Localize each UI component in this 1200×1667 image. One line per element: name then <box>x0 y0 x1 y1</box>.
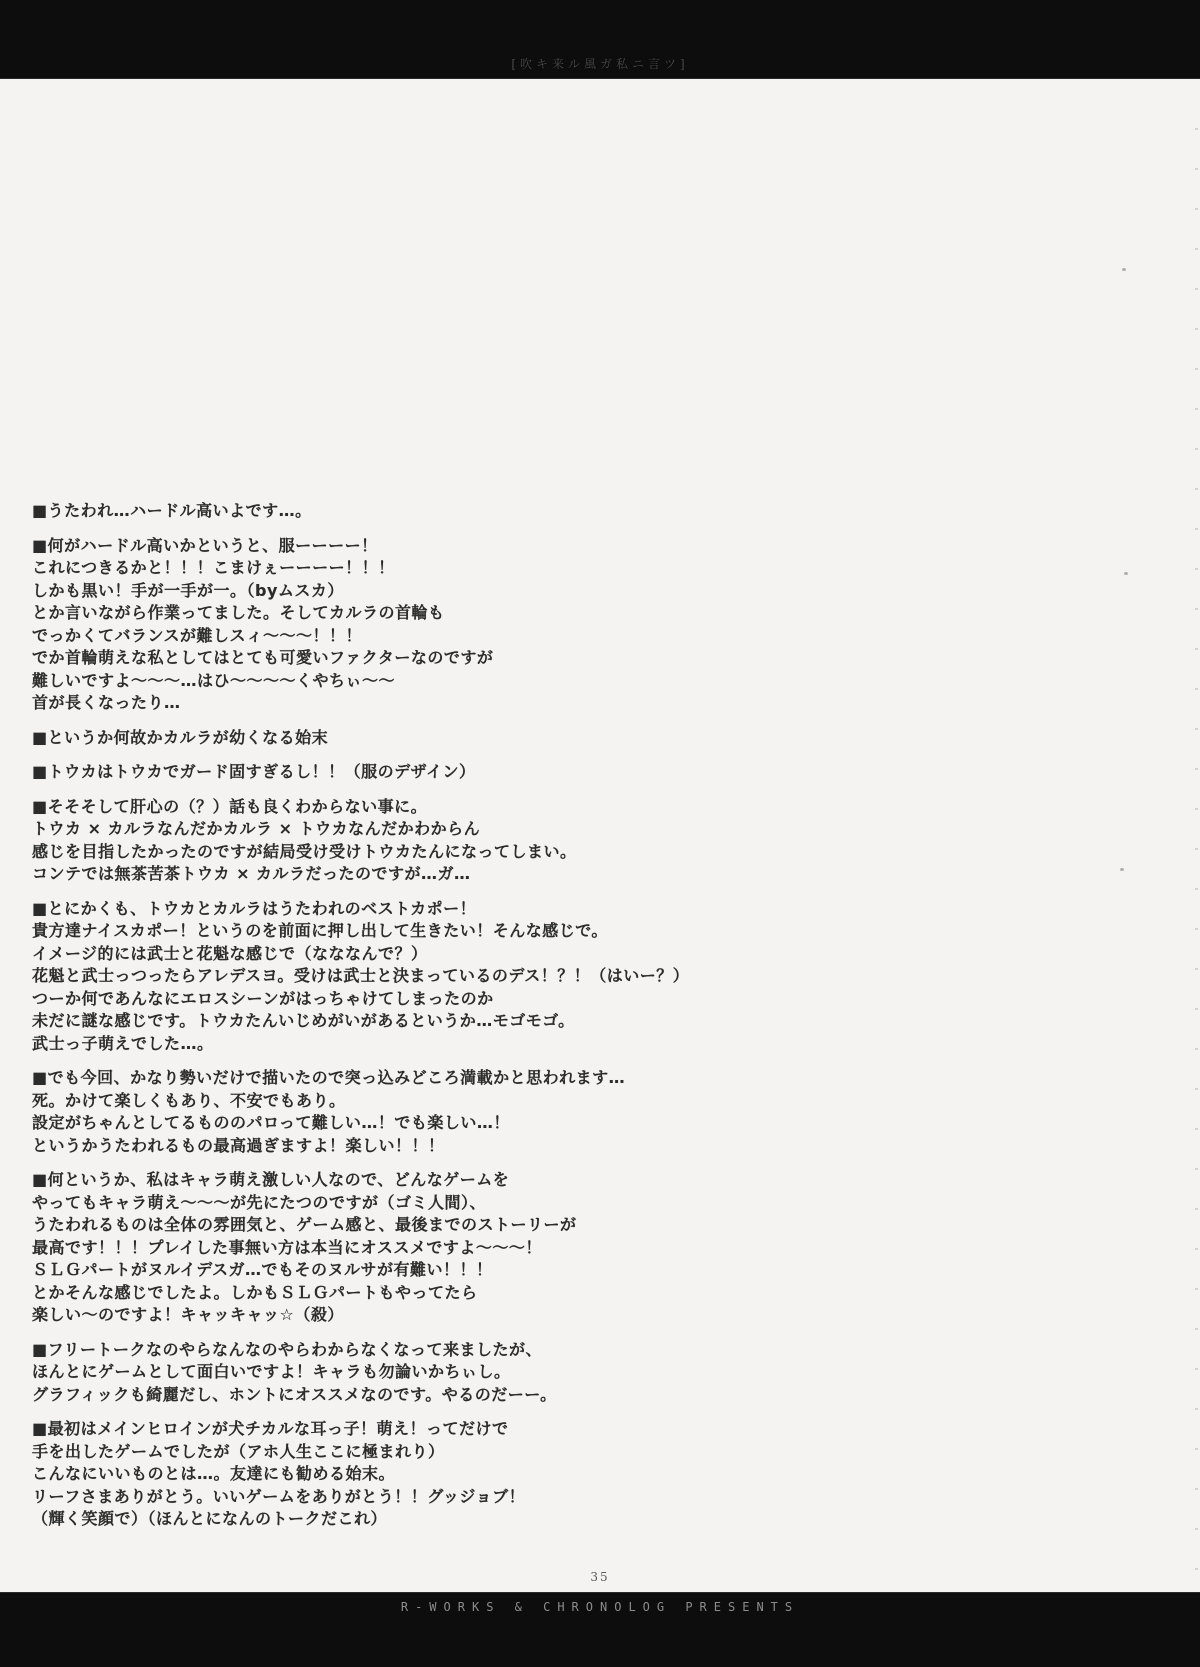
paragraph: ■フリートークなのやらなんなのやらわからなくなって来ましたが、ほんとにゲームとし… <box>32 1339 1092 1407</box>
text-line: リーフさまありがとう。いいゲームをありがとう！！グッジョブ！ <box>32 1486 1092 1509</box>
text-line: 未だに謎な感じです。トウカたんいじめがいがあるというか…モゴモゴ。 <box>32 1010 1092 1033</box>
text-line: こんなにいいものとは…。友達にも勧める始末。 <box>32 1463 1092 1486</box>
text-line: しかも黒い！手が一手が一。（byムスカ） <box>32 580 1092 603</box>
page-number: 35 <box>0 1570 1200 1584</box>
text-line: とか言いながら作業ってました。そしてカルラの首輪も <box>32 602 1092 625</box>
text-line: ■最初はメインヒロインが犬チカルな耳っ子！萌え！ってだけで <box>32 1418 1092 1441</box>
text-line: ■何がハードル高いかというと、服ーーーー！ <box>32 535 1092 558</box>
text-line: ■トウカはトウカでガード固すぎるし！！（服のデザイン） <box>32 761 1092 784</box>
scan-speck <box>1124 572 1128 575</box>
text-line: 設定がちゃんとしてるもののパロって難しい…！でも楽しい…！ <box>32 1112 1092 1135</box>
text-line: やってもキャラ萌え～～～が先にたつのですが（ゴミ人間）、 <box>32 1192 1092 1215</box>
text-line: ■そそそして肝心の（？）話も良くわからない事に。 <box>32 796 1092 819</box>
text-line: つーか何であんなにエロスシーンがはっちゃけてしまったのか <box>32 988 1092 1011</box>
paragraph: ■何がハードル高いかというと、服ーーーー！これにつきるかと！！！こまけぇーーーー… <box>32 535 1092 715</box>
text-line: 首が長くなったり… <box>32 692 1092 715</box>
text-line: （輝く笑顔で）（ほんとになんのトークだこれ） <box>32 1508 1092 1531</box>
text-line: でか首輪萌えな私としてはとても可愛いファクターなのですが <box>32 647 1092 670</box>
text-line: イメージ的には武士と花魁な感じで（なななんで？） <box>32 943 1092 966</box>
free-talk-text: ■うたわれ…ハードル高いよです…。■何がハードル高いかというと、服ーーーー！これ… <box>32 500 1092 1543</box>
text-line: ■でも今回、かなり勢いだけで描いたので突っ込みどころ満載かと思われます… <box>32 1067 1092 1090</box>
text-line: 難しいですよ～～～…はひ～～～～くやちぃ～～ <box>32 670 1092 693</box>
text-line: 貴方達ナイスカポー！というのを前面に押し出して生きたい！そんな感じで。 <box>32 920 1092 943</box>
paragraph: ■最初はメインヒロインが犬チカルな耳っ子！萌え！ってだけで手を出したゲームでした… <box>32 1418 1092 1531</box>
text-line: 感じを目指したかったのですが結局受け受けトウカたんになってしまい。 <box>32 841 1092 864</box>
text-line: ■とにかくも、トウカとカルラはうたわれのベストカポー！ <box>32 898 1092 921</box>
top-banner: [吹キ来ル風ガ私ニ言ツ] <box>0 0 1200 78</box>
scan-speck <box>1120 868 1124 871</box>
paragraph: ■というか何故かカルラが幼くなる始末 <box>32 727 1092 750</box>
scanned-doujin-page: [吹キ来ル風ガ私ニ言ツ] ■うたわれ…ハードル高いよです…。■何がハードル高いか… <box>0 0 1200 1667</box>
text-line: うたわれるものは全体の雰囲気と、ゲーム感と、最後までのストーリーが <box>32 1214 1092 1237</box>
text-line: 武士っ子萌えでした…。 <box>32 1033 1092 1056</box>
text-line: ■というか何故かカルラが幼くなる始末 <box>32 727 1092 750</box>
bottom-banner: R-WORKS & CHRONOLOG PRESENTS <box>0 1593 1200 1667</box>
text-line: 花魁と武士っつったらアレデスヨ。受けは武士と決まっているのデス！？！（はいー？） <box>32 965 1092 988</box>
text-line: とかそんな感じでしたよ。しかもＳＬＧパートもやってたら <box>32 1282 1092 1305</box>
text-line: ■フリートークなのやらなんなのやらわからなくなって来ましたが、 <box>32 1339 1092 1362</box>
paragraph: ■何というか、私はキャラ萌え激しい人なので、どんなゲームをやってもキャラ萌え～～… <box>32 1169 1092 1327</box>
publisher-credit: R-WORKS & CHRONOLOG PRESENTS <box>0 1600 1200 1614</box>
text-line: コンテでは無茶苦茶トウカ × カルラだったのですが…ガ… <box>32 863 1092 886</box>
text-line: というかうたわれるもの最高過ぎますよ！楽しい！！！ <box>32 1135 1092 1158</box>
text-line: トウカ × カルラなんだかカルラ × トウカなんだかわからん <box>32 818 1092 841</box>
paragraph: ■とにかくも、トウカとカルラはうたわれのベストカポー！貴方達ナイスカポー！という… <box>32 898 1092 1056</box>
text-line: 最高です！！！プレイした事無い方は本当にオススメですよ～～～！ <box>32 1237 1092 1260</box>
text-line: 手を出したゲームでしたが（アホ人生ここに極まれり） <box>32 1441 1092 1464</box>
banner-title: [吹キ来ル風ガ私ニ言ツ] <box>0 55 1200 72</box>
text-line: ＳＬＧパートがヌルイデスガ…でもそのヌルサが有難い！！！ <box>32 1259 1092 1282</box>
text-line: ■うたわれ…ハードル高いよです…。 <box>32 500 1092 523</box>
paragraph: ■トウカはトウカでガード固すぎるし！！（服のデザイン） <box>32 761 1092 784</box>
scan-speck <box>380 1285 383 1288</box>
text-line: ■何というか、私はキャラ萌え激しい人なので、どんなゲームを <box>32 1169 1092 1192</box>
text-line: これにつきるかと！！！こまけぇーーーー！！！ <box>32 557 1092 580</box>
text-line: 死。かけて楽しくもあり、不安でもあり。 <box>32 1090 1092 1113</box>
text-line: 楽しい～のですよ！キャッキャッ☆（殺） <box>32 1304 1092 1327</box>
paragraph: ■そそそして肝心の（？）話も良くわからない事に。トウカ × カルラなんだかカルラ… <box>32 796 1092 886</box>
text-line: グラフィックも綺麗だし、ホントにオススメなのです。やるのだーー。 <box>32 1384 1092 1407</box>
paragraph: ■うたわれ…ハードル高いよです…。 <box>32 500 1092 523</box>
paragraph: ■でも今回、かなり勢いだけで描いたので突っ込みどころ満載かと思われます…死。かけ… <box>32 1067 1092 1157</box>
scan-speck <box>1122 268 1126 271</box>
text-line: でっかくてバランスが難しスィ～～～！！！ <box>32 625 1092 648</box>
scan-edge-artifact <box>1195 90 1198 1580</box>
text-line: ほんとにゲームとして面白いですよ！キャラも勿論いかちぃし。 <box>32 1361 1092 1384</box>
